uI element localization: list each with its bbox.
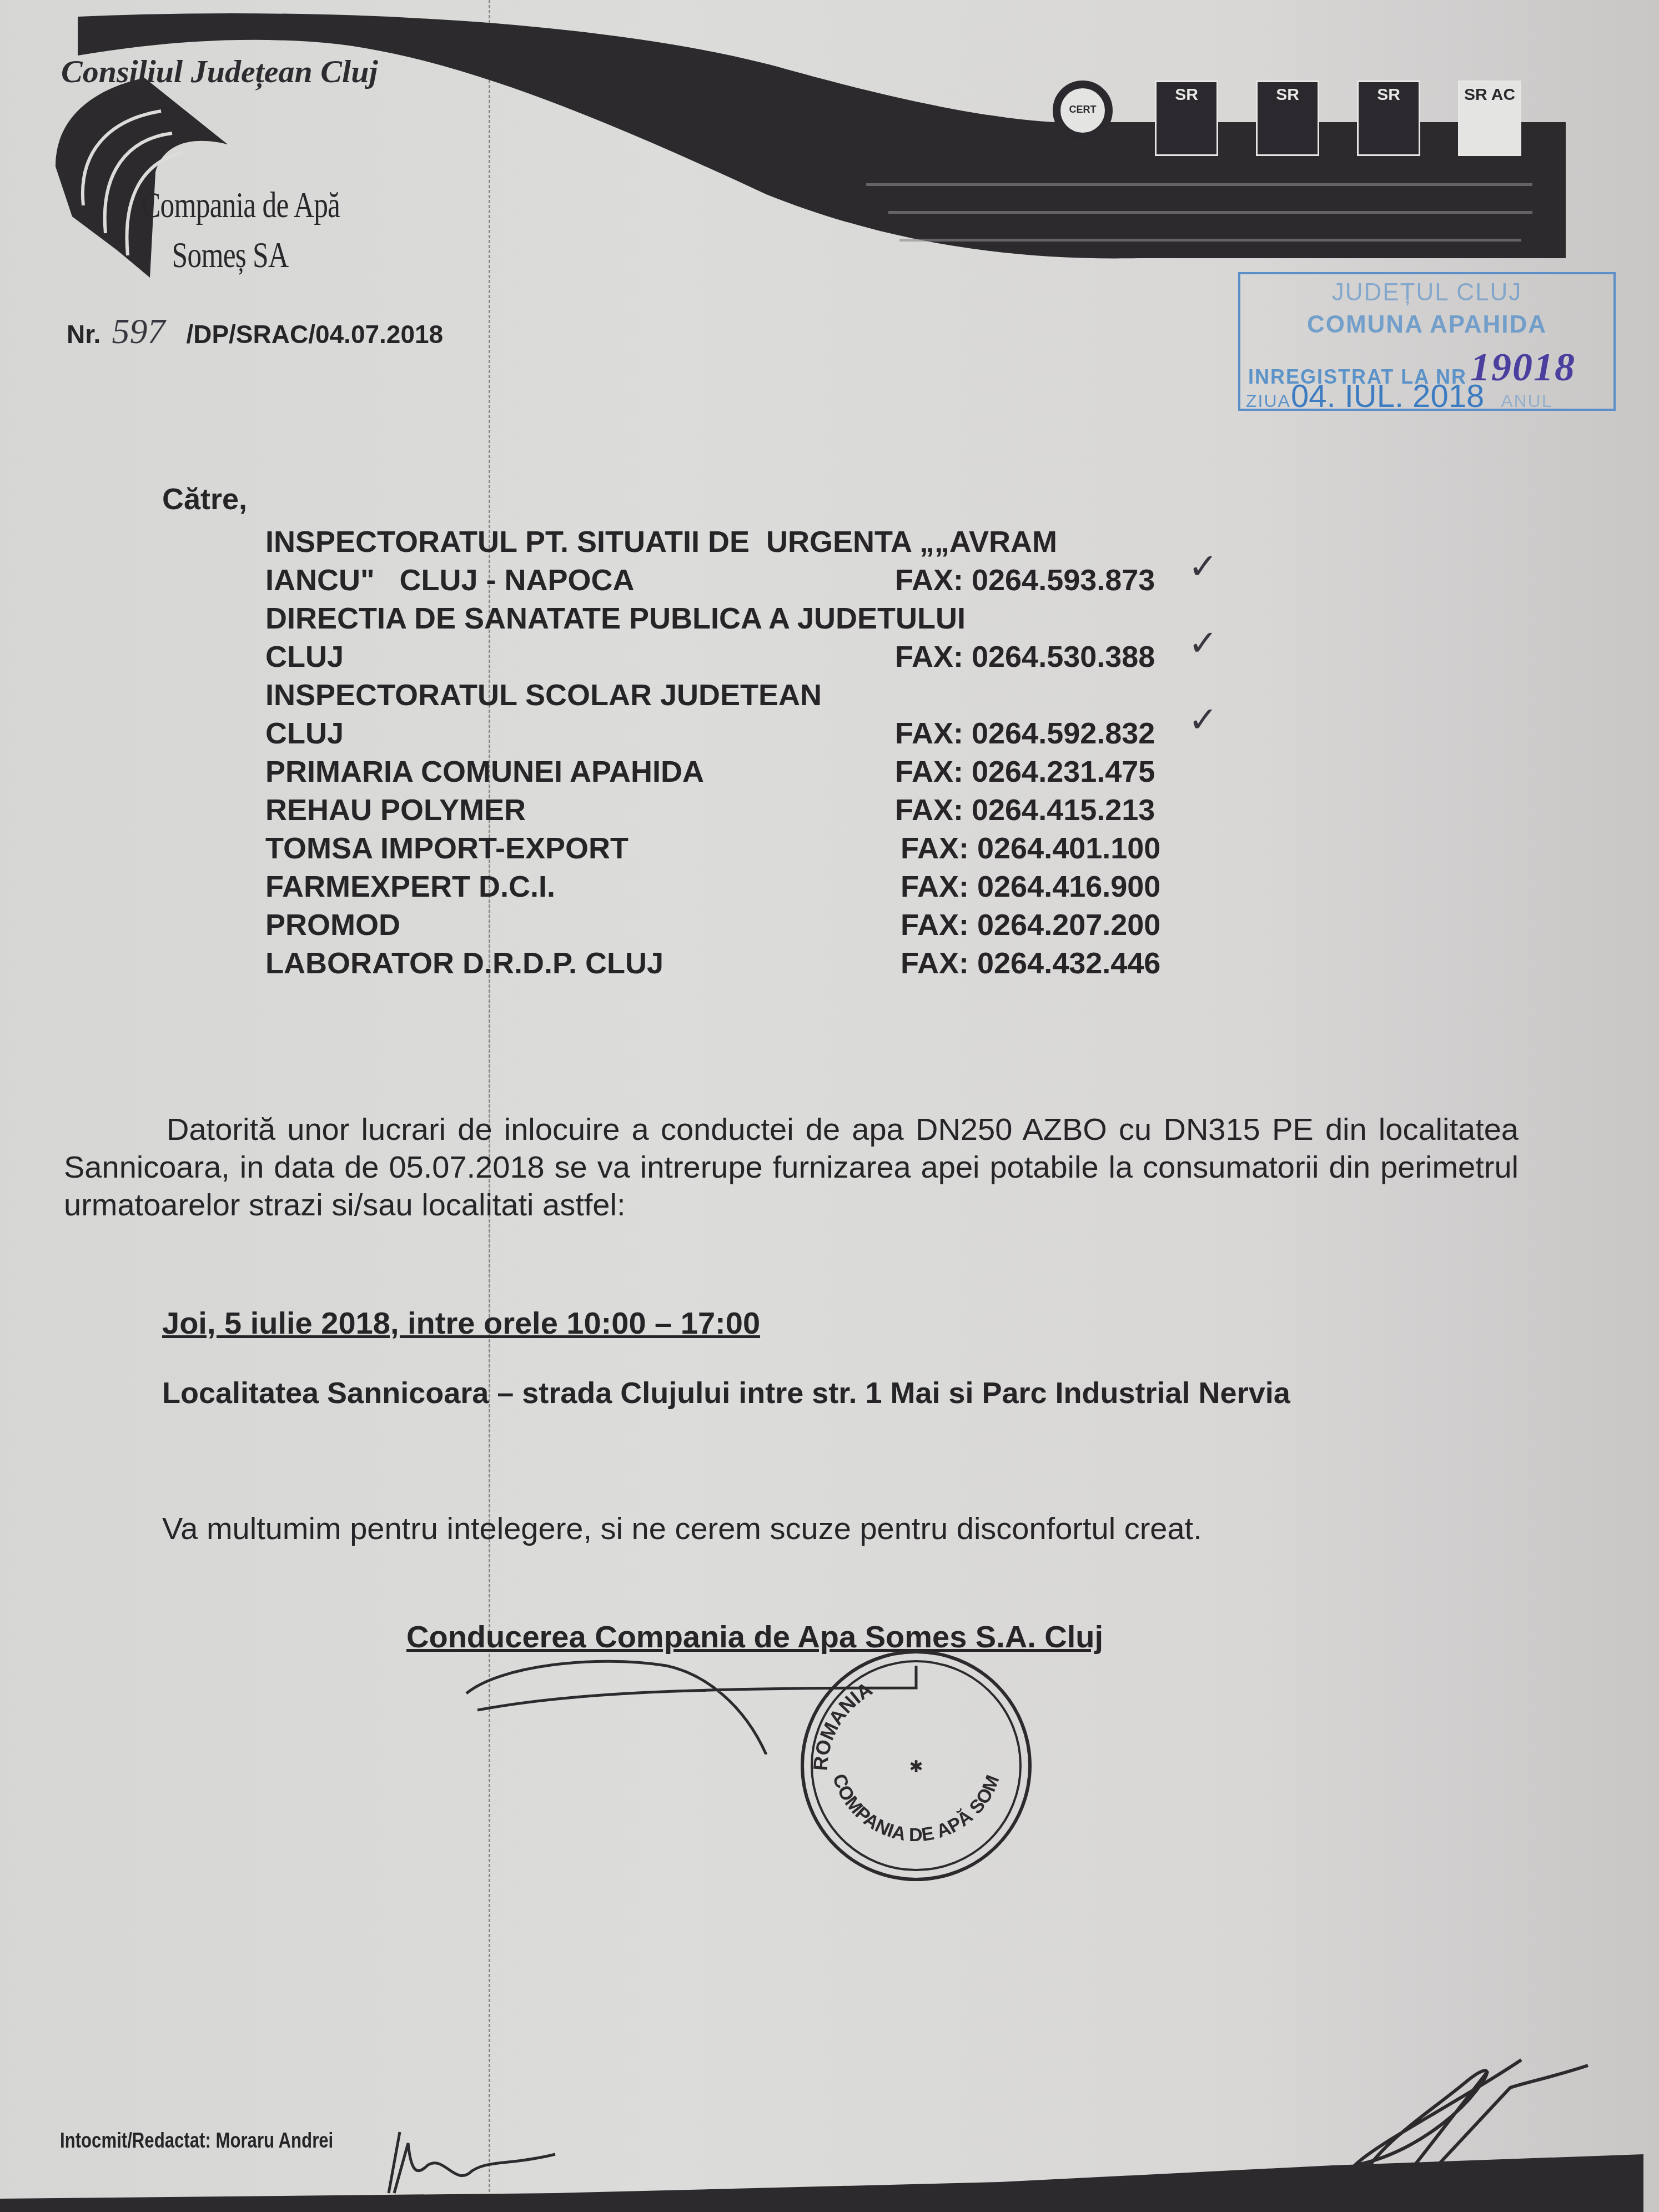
recipient-name: TOMSA IMPORT-EXPORT [265, 831, 629, 866]
logo-line-2: Someș SA [142, 230, 340, 280]
stamp-date: 04. IUL. 2018 [1291, 378, 1484, 414]
fold-line [489, 0, 490, 2212]
recipient-name: PROMOD [265, 908, 400, 942]
certification-badge: SR [1155, 81, 1218, 156]
stamp-day-label: ZIUA [1246, 391, 1291, 411]
schedule-line: Joi, 5 iulie 2018, intre orele 10:00 – 1… [162, 1305, 760, 1341]
cert-label: CERT [1060, 104, 1105, 115]
company-name-logo: Compania de Apă Someș SA [142, 180, 340, 280]
stamp-commune: COMUNA APAHIDA [1240, 311, 1613, 339]
stamp-date-line: ZIUA04. IUL. 2018ANUL [1246, 378, 1613, 415]
cert-label: SR [1157, 86, 1216, 104]
stamp-county: JUDEȚUL CLUJ [1240, 279, 1613, 306]
company-seal-icon: ROMANIA COMPANIA DE APĂ SOMEȘ S.A. ✱ [794, 1643, 1038, 1888]
cert-label: SR [1258, 86, 1318, 104]
stamp-year-label: ANUL [1501, 391, 1552, 411]
notice-paragraph: Datorită unor lucrari de inlocuire a con… [64, 1110, 1519, 1224]
thanks-line: Va multumim pentru intelegere, si ne cer… [162, 1510, 1202, 1546]
recipient-fax: FAX: 0264.592.832 [895, 716, 1155, 751]
recipient-name: IANCU" CLUJ - NAPOCA [265, 563, 635, 597]
ref-suffix: /DP/SRAC/04.07.2018 [186, 320, 443, 349]
checkmark-icon: ✓ [1188, 700, 1218, 741]
checkmark-icon: ✓ [1188, 546, 1218, 587]
recipient-name: DIRECTIA DE SANATATE PUBLICA A JUDETULUI [265, 601, 966, 636]
recipient-name: REHAU POLYMER [265, 793, 526, 827]
organization-top: Consiliul Județean Cluj [61, 53, 378, 90]
recipient-name: FARMEXPERT D.C.I. [265, 869, 555, 904]
recipient-fax: FAX: 0264.401.100 [901, 831, 1160, 866]
recipient-name: INSPECTORATUL PT. SITUATII DE URGENTA „„… [265, 525, 1057, 559]
recipient-name: INSPECTORATUL SCOLAR JUDETEAN [265, 678, 822, 712]
recipient-fax: FAX: 0264.530.388 [895, 640, 1155, 674]
recipient-fax: FAX: 0264.415.213 [895, 793, 1155, 827]
recipient-name: LABORATOR D.R.D.P. CLUJ [265, 946, 663, 981]
recipient-name: CLUJ [265, 716, 344, 751]
cert-label: SR [1359, 86, 1419, 104]
recipient-name: PRIMARIA COMUNEI APAHIDA [265, 755, 704, 789]
logo-line-1: Compania de Apă [142, 180, 340, 230]
recipients-label: Către, [162, 482, 247, 516]
cert-label: SR AC [1460, 86, 1520, 104]
certification-badge: SR [1256, 81, 1319, 156]
recipient-fax: FAX: 0264.432.446 [901, 946, 1160, 981]
affected-location: Localitatea Sannicoara – strada Clujului… [162, 1376, 1290, 1410]
certification-badge: SR AC [1458, 81, 1521, 156]
certification-badge-round: CERT [1053, 81, 1113, 140]
reference-number: Nr.597/DP/SRAC/04.07.2018 [67, 311, 443, 352]
checkmark-icon: ✓ [1188, 623, 1218, 664]
svg-text:✱: ✱ [909, 1758, 923, 1776]
letterhead-footer-band [0, 2132, 1659, 2212]
recipient-fax: FAX: 0264.231.475 [895, 755, 1155, 789]
recipient-name: CLUJ [265, 640, 344, 674]
recipient-fax: FAX: 0264.207.200 [901, 908, 1160, 942]
recipient-fax: FAX: 0264.593.873 [895, 563, 1155, 597]
registration-stamp: JUDEȚUL CLUJ COMUNA APAHIDA INREGISTRAT … [1238, 272, 1616, 411]
recipient-fax: FAX: 0264.416.900 [901, 869, 1160, 904]
certification-badge: SR [1357, 81, 1420, 156]
ref-handwritten-number: 597 [112, 311, 165, 351]
ref-prefix: Nr. [67, 320, 100, 349]
